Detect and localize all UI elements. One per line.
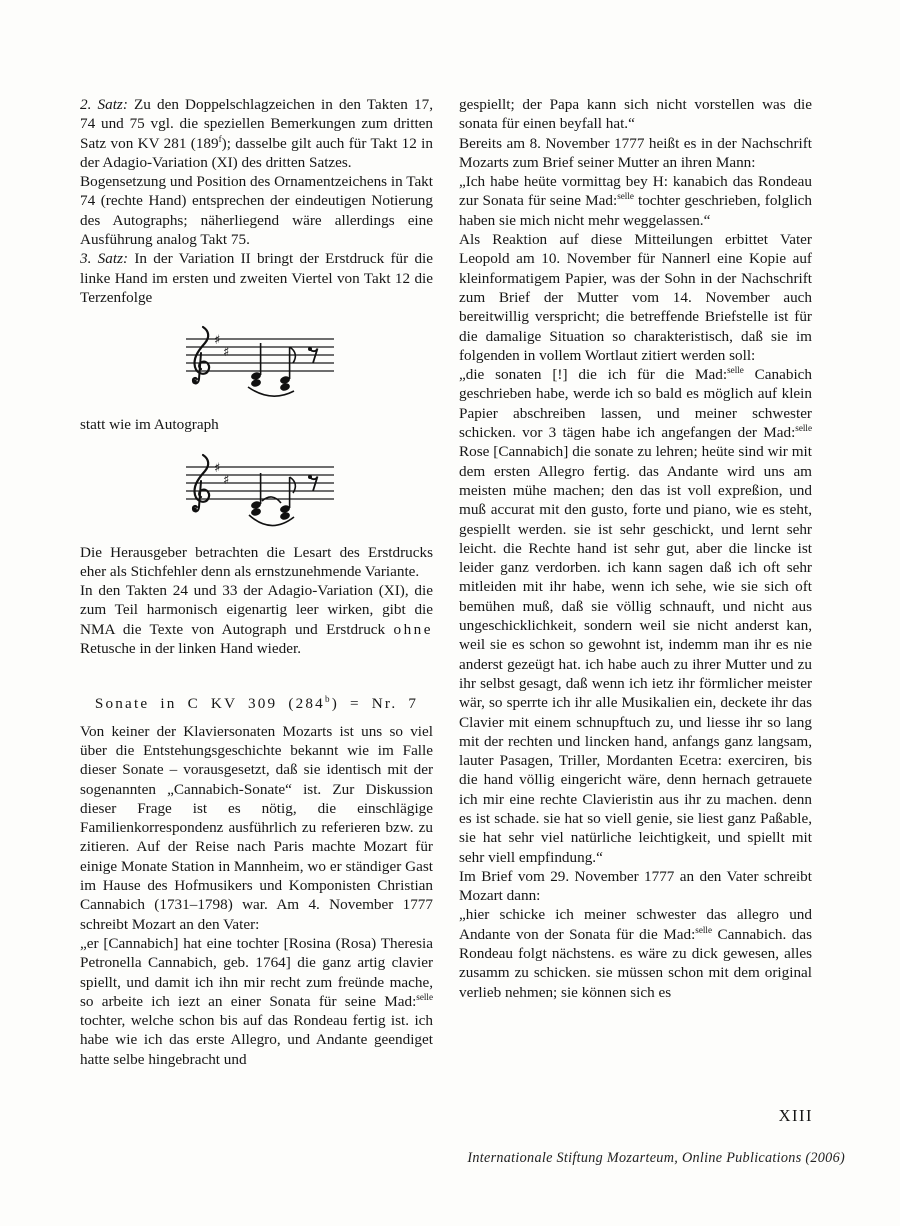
paragraph-2-satz: 2. Satz: Zu den Doppelschlagzeichen in d…: [80, 95, 433, 172]
paragraph-brief-14-november-zitat: „die sonaten [!] die ich für die Mad:sel…: [459, 365, 812, 867]
svg-text:♯: ♯: [214, 333, 220, 348]
note-chord-2: [279, 347, 295, 392]
music-caption: statt wie im Autograph: [80, 415, 433, 434]
footer-credit: Internationale Stiftung Mozarteum, Onlin…: [467, 1150, 845, 1167]
svg-text:♯: ♯: [223, 473, 229, 488]
paragraph-herausgeber: Die Herausgeber betrachten die Lesart de…: [80, 543, 433, 582]
paragraph-brief-4-november: „er [Cannabich] hat eine tochter [Rosina…: [80, 934, 433, 1069]
paragraph-3-satz: 3. Satz: In der Variation II bringt der …: [80, 249, 433, 307]
paragraph-leopold-reaktion: Als Reaktion auf diese Mitteilungen erbi…: [459, 230, 812, 365]
paragraph-entstehungsgeschichte: Von keiner der Klaviersonaten Mozarts is…: [80, 722, 433, 934]
right-column: gespiellt; der Papa kann sich nicht vors…: [459, 95, 812, 1069]
paragraph-rondeau-zitat: „Ich habe heüte vormittag bey H: kanabic…: [459, 172, 812, 230]
paragraph-8-november: Bereits am 8. November 1777 heißt es in …: [459, 134, 812, 173]
two-column-text: 2. Satz: Zu den Doppelschlagzeichen in d…: [80, 95, 813, 1069]
music-example-autograph: ♯ ♯: [172, 447, 342, 535]
section-heading-kv309: Sonate in C KV 309 (284b) = Nr. 7: [80, 694, 433, 713]
music-example-erstdruck: ♯ ♯: [172, 319, 342, 407]
note-chord-1: [250, 343, 262, 388]
note-chord-1: [250, 473, 262, 517]
svg-text:♯: ♯: [214, 461, 220, 476]
page-number: XIII: [779, 1106, 813, 1126]
paragraph-29-november: Im Brief vom 29. November 1777 an den Va…: [459, 867, 812, 906]
paragraph-brief-29-november-zitat: „hier schicke ich meiner schwester das a…: [459, 905, 812, 1001]
paragraph-gespiellt: gespiellt; der Papa kann sich nicht vors…: [459, 95, 812, 134]
svg-text:♯: ♯: [223, 345, 229, 360]
paragraph-bogensetzung: Bogensetzung und Position des Ornamentze…: [80, 172, 433, 249]
left-column: 2. Satz: Zu den Doppelschlagzeichen in d…: [80, 95, 433, 1069]
paragraph-takten-24-33: In den Takten 24 und 33 der Adagio-Varia…: [80, 581, 433, 658]
tie-above: [262, 497, 281, 503]
document-page: 2. Satz: Zu den Doppelschlagzeichen in d…: [0, 0, 900, 1226]
